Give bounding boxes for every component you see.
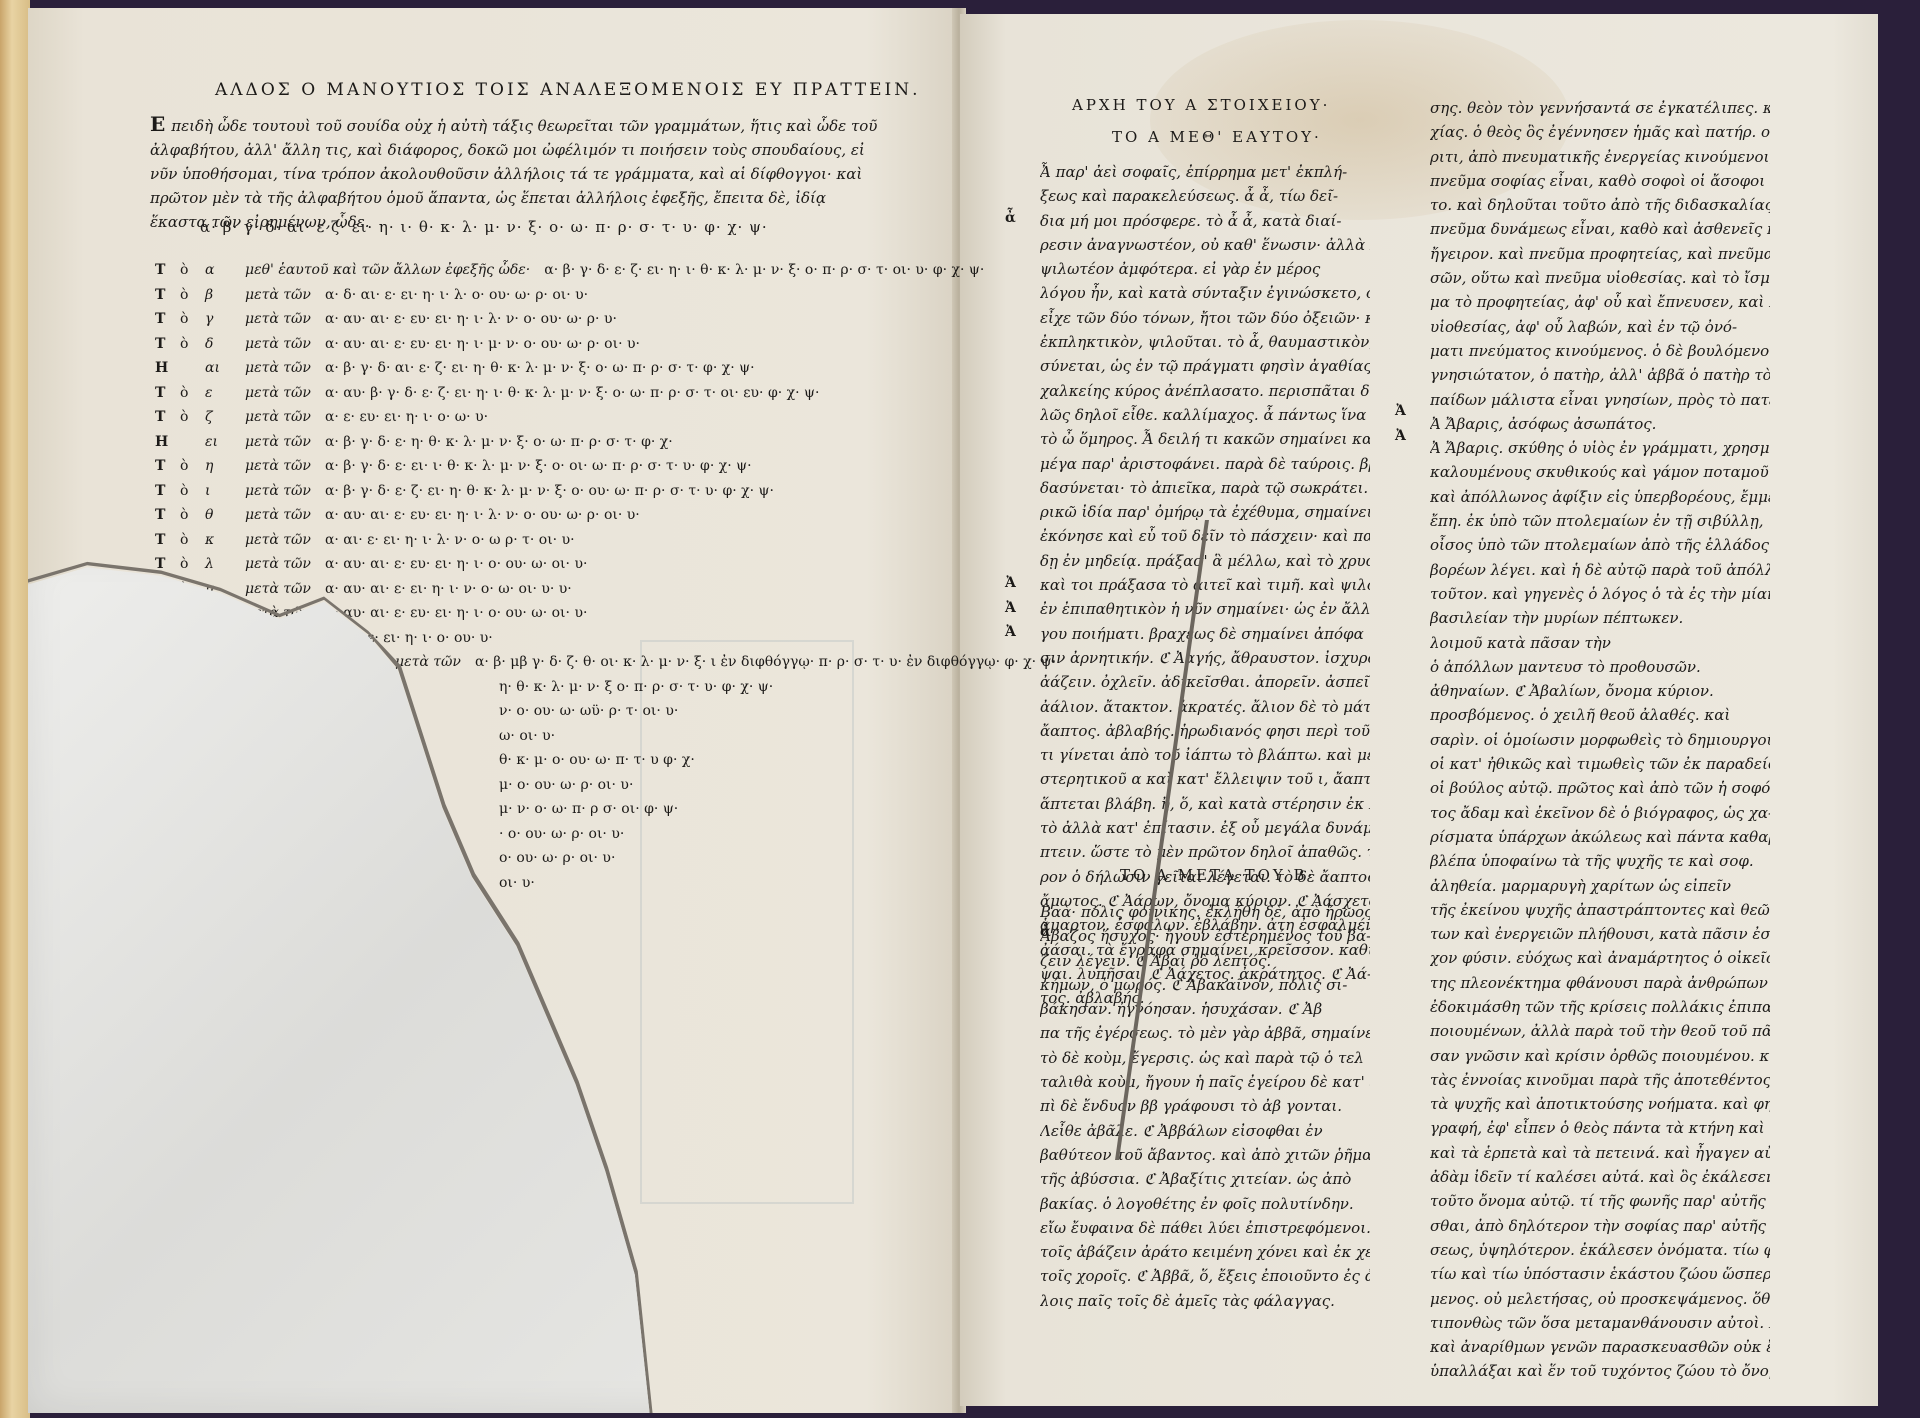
row-sequence: α· αυ· αι· ε· ευ· ει· η· ι· λ· ν· ο· ου·… (325, 307, 617, 332)
text-line: ταλιθὰ κοὺμ, ἤγουν ἡ παῖς ἐγείρου δὲ κατ… (1040, 1070, 1370, 1094)
text-line: χαλκείης κύρος ἀνέπλασατο. περισπᾶται δὲ… (1040, 379, 1370, 403)
row-letter: β (205, 283, 245, 308)
row-letter: η (205, 454, 245, 479)
row-lead: Τ (155, 479, 180, 504)
text-line: γου ποιήματι. βραχέως δὲ σημαίνει ἀπόφα (1040, 622, 1370, 646)
row-art (180, 356, 205, 381)
text-line: λῶς δηλοῖ εἶθε. καλλίμαχος. ἆ πάντως ἵνα… (1040, 403, 1370, 427)
subsection-heading: ΤΟ Α ΜΕΤΑ ΤΟΥ Β· (1120, 866, 1315, 884)
text-line: ξεως καὶ παρακελεύσεως. ἆ ἆ, τίω δεῖ- (1040, 184, 1370, 208)
letter-table-row: Τὸλμετὰ τῶνα· αυ· αι· ε· ευ· ει· η· ι· ο… (155, 552, 1056, 577)
letter-table-row: Τὸαμεθ' ἑαυτοῦ καὶ τῶν ἄλλων ἐφεξῆς ὧδε·… (155, 258, 1056, 283)
letter-table-row: Τὸεμετὰ τῶνα· αυ· β· γ· δ· ε· ζ· ει· η· … (155, 381, 1056, 406)
text-line: σιν ἀρνητικήν. ℭ Ἀαγής, ἄθραυστον. ἰσχυρ… (1040, 646, 1370, 670)
text-line: μενος. οὐ μελετήσας, οὐ προσκεψάμενος. ὅ… (1430, 1287, 1770, 1311)
text-line: λοις παῖς τοῖς δὲ ἀμεῖς τὰς φάλαγγας. (1040, 1289, 1370, 1313)
text-line: πα τῆς ἐγέρσεως. τὸ μὲν γὰρ ἀββᾶ, σημαίν… (1040, 1021, 1370, 1045)
text-line: ὑπαλλάξαι καὶ ἕν τοῦ τυχόντος ζώου τὸ ὄν… (1430, 1359, 1770, 1383)
row-sequence: α· αυ· β· γ· δ· ε· ζ· ει· η· ι· θ· κ· λ·… (325, 381, 820, 406)
text-line: σης. θεὸν τὸν γεννήσαντά σε ἐγκατέλιπες.… (1430, 96, 1770, 120)
text-line: Ἄβαζος ἥσυχος· ἤγουν ἐστερημένος τοῦ βά- (1040, 924, 1370, 948)
row-sequence: α· αυ· αι· ε· ει· η· ι· ν· ο· ω· οι· υ· … (325, 577, 572, 602)
row-letter: λ (205, 552, 245, 577)
row-letter: γ (205, 307, 245, 332)
text-line: στερητικοῦ α καὶ κατ' ἔλλειψιν τοῦ ι, ἄα… (1040, 767, 1370, 791)
row-letter: αι (205, 356, 245, 381)
row-sequence: α· αυ· αι· ε· ευ· ει· η· ι· ο· ου· ω· οι… (325, 552, 587, 577)
text-line: δῃ ἐν μηδείᾳ. πράξασ' ἃ μέλλω, καὶ τὸ χρ… (1040, 549, 1370, 573)
text-line: τοῦτον. καὶ γηγενὲς ὁ λόγος ὁ τὰ ἐς τὴν … (1430, 582, 1770, 606)
text-line: πτειν. ὥστε τὸ μὲν πρῶτον δηλοῖ ἀπαθῶς. … (1040, 840, 1370, 864)
row-phrase: μετὰ τῶν (245, 381, 311, 406)
text-line: τίω καὶ τίω ὑπόστασιν ἑκάστου ζώου ὥσπερ… (1430, 1262, 1770, 1286)
row-lead: Τ (155, 307, 180, 332)
text-line: της πλεονέκτημα φθάνουσι παρὰ ἀνθρώπων (1430, 971, 1770, 995)
letter-table-row: Τὸθμετὰ τῶνα· αυ· αι· ε· ευ· ει· η· ι· λ… (155, 503, 1056, 528)
row-letter (445, 724, 485, 749)
text-line: οἱ βούλος αὐτῷ. πρῶτος καὶ ἀπὸ τῶν ἡ σοφ… (1430, 776, 1770, 800)
row-phrase: μετὰ τῶν (245, 479, 311, 504)
row-letter: ζ (205, 405, 245, 430)
row-phrase: μετὰ τῶν (245, 552, 311, 577)
text-line: Ἀ Ἄβαρις. σκύθης ὁ υἱὸς ἐν γράμματι, χρη… (1430, 436, 1770, 460)
text-line: ρίσματα ὑπάρχων ἀκώλεως καὶ πάντα καθαρά… (1430, 825, 1770, 849)
row-lead: Τ (155, 454, 180, 479)
text-line: ἐν ἐπιπαθητικὸν ἡ νῦν σημαίνει· ὡς ἐν ἄλ… (1040, 597, 1370, 621)
row-sequence: α· β· γ· δ· ε· ει· ι· θ· κ· λ· μ· ν· ξ· … (325, 454, 752, 479)
row-lead: Η (155, 356, 180, 381)
row-lead: Τ (155, 528, 180, 553)
text-line: σαν γνῶσιν καὶ κρίσιν ὀρθῶς ποιουμένου. … (1430, 1044, 1770, 1068)
row-letter: κ (205, 528, 245, 553)
margin-mark: ἆ (1005, 210, 1016, 226)
alphabet-order-line: α· β· γ· δ· αι· ε ζ· ει· η· ι· θ· κ· λ· … (200, 218, 768, 236)
text-line: δασύνεται· τὸ ἀπιεῖκα, παρὰ τῷ σωκράτει.… (1040, 476, 1370, 500)
text-line: το. καὶ δηλοῦται τοῦτο ἀπὸ τῆς διδασκαλί… (1430, 193, 1770, 217)
preface-paragraph: Επειδὴ ὧδε τουτουὶ τοῦ σουίδα οὐχ ἡ αὐτὴ… (150, 112, 885, 234)
text-line: τιπονθὼς τῶν ὅσα μεταμανθάνουσιν αὐτοὶ. … (1430, 1311, 1770, 1335)
row-sequence: α· β· γ· δ· ε· η· θ· κ· λ· μ· ν· ξ· ο· ω… (325, 430, 673, 455)
right-column-2: σης. θεὸν τὸν γεννήσαντά σε ἐγκατέλιπες.… (1430, 96, 1770, 1384)
row-letter (445, 699, 485, 724)
row-lead: Τ (155, 405, 180, 430)
text-line: λόγου ἦν, καὶ κατὰ σύνταξιν ἐγινώσκετο, … (1040, 281, 1370, 305)
text-line: καὶ τοι πράξασα τὸ ἀιτεῖ καὶ τιμῆ. καὶ ψ… (1040, 573, 1370, 597)
text-line: τι γίνεται ἀπὸ τοῦ ἰάπτω τὸ βλάπτω. καὶ … (1040, 743, 1370, 767)
row-art: ὸ (180, 552, 205, 577)
text-line: ψιλωτέον ἀμφότερα. εἰ γὰρ ἐν μέρος (1040, 257, 1370, 281)
row-art: ὸ (180, 258, 205, 283)
text-line: δια μή μοι πρόσφερε. τὸ ἆ ἆ, κατὰ διαί- (1040, 209, 1370, 233)
row-sequence: · ο· ου· ω· ρ· οι· υ· (499, 822, 624, 847)
letter-table-row: Ηειμετὰ τῶνα· β· γ· δ· ε· η· θ· κ· λ· μ·… (155, 430, 1056, 455)
text-line: γνησιώτατον, ὁ πατὴρ, ἀλλ' ἀββᾶ ὁ πατὴρ … (1430, 363, 1770, 387)
row-art: ὸ (180, 503, 205, 528)
row-phrase: μετὰ τῶν (245, 356, 311, 381)
text-line: προσβόμενος. ὁ χειλῆ θεοῦ ἀλαθές. καὶ (1430, 703, 1770, 727)
row-sequence: α· αυ· αι· ε· ευ· ει· η· ι· μ· ν· ο· ου·… (325, 332, 640, 357)
row-art: ὸ (180, 381, 205, 406)
row-sequence: α· ε· ευ· ει· η· ι· ο· ω· υ· (325, 405, 488, 430)
text-line: βαθύτεον τοῦ ἄβαντος. καὶ ἀπὸ χιτῶν ῥῆμα (1040, 1143, 1370, 1167)
text-line: πὶ δὲ ἔνδυον ββ γράφουσι τὸ ἀβ γονται. (1040, 1094, 1370, 1118)
row-sequence: η· θ· κ· λ· μ· ν· ξ ο· π· ρ· σ· τ· υ· φ·… (499, 675, 773, 700)
text-line: ἀδὰμ ἰδεῖν τί καλέσει αὐτά. καὶ ὃς ἐκάλε… (1430, 1165, 1770, 1189)
text-line: κήμων, ὁ μωρός. ℭ Ἀβακαῖνον, πόλις σι- (1040, 973, 1370, 997)
margin-mark: Ἀ (1005, 575, 1016, 591)
row-letter (445, 675, 485, 700)
text-line: ἀληθεία. μαρμαρυγὴ χαρίτων ὡς εἰπεῖν (1430, 874, 1770, 898)
row-letter (445, 748, 485, 773)
row-lead: Τ (155, 381, 180, 406)
row-art: ὸ (180, 479, 205, 504)
text-line: υἱοθεσίας, ἀφ' οὗ λαβών, καὶ ἐν τῷ ὀνό- (1430, 315, 1770, 339)
text-line: βορέων λέγει. καὶ ἡ δὲ αὐτῷ παρὰ τοῦ ἀπό… (1430, 558, 1770, 582)
text-line: τὸ ὦ ὅμηρος. Ἆ δειλή τι κακῶν σημαίνει κ… (1040, 427, 1370, 451)
row-art (420, 699, 445, 724)
text-line: τῆς ἐκείνου ψυχῆς ἀπαστράπτοντες καὶ θεῶ… (1430, 898, 1770, 922)
row-letter: θ (205, 503, 245, 528)
book-binding-left (0, 0, 30, 1418)
text-line: παίδων μάλιστα εἶναι γνησίων, πρὸς τὸ πα… (1430, 388, 1770, 412)
row-art: ὸ (180, 332, 205, 357)
margin-mark: Ἀ (1395, 428, 1406, 444)
text-line: ματι πνεύματος κινούμενος. ὁ δὲ βουλόμεν… (1430, 339, 1770, 363)
margin-mark: Ἀ (1005, 624, 1016, 640)
text-line: ἤγειρον. καὶ πνεῦμα προφητείας, καὶ πνεῦ… (1430, 242, 1770, 266)
row-sequence: α· β· γ· δ· ε· ζ· ει· η· θ· κ· λ· μ· ν· … (325, 479, 774, 504)
row-letter: ει (205, 430, 245, 455)
text-line: καλουμένους σκυθικούς καὶ γάμον ποταμοῦ.… (1430, 460, 1770, 484)
row-sequence: α· αυ· αι· ε· ευ· ει· η· ι· ο· ου· ω· οι… (325, 601, 587, 626)
text-line: ἀθηναίων. ℭ Ἀβαλίων, ὄνομα κύριον. (1430, 679, 1770, 703)
text-line: ἐκπληκτικὸν, ψιλοῦται. τὸ ἆ, θαυμαστικὸν… (1040, 330, 1370, 354)
text-line: ἐδοκιμάσθη τῶν τῆς κρίσεις πολλάκις ἐπιπ… (1430, 995, 1770, 1019)
text-line: τὸ δὲ κοὺμ, ἔγερσις. ὡς καὶ παρὰ τῷ ὁ τε… (1040, 1046, 1370, 1070)
row-sequence: θ· κ· μ· ο· ου· ω· π· τ· υ φ· χ· (499, 748, 695, 773)
row-sequence: μ· ν· ο· ω· π· ρ σ· οι· φ· ψ· (499, 797, 678, 822)
text-line: βασιλείαν τὴν μυρίων πέπτωκεν. (1430, 606, 1770, 630)
text-line: γραφή, ἐφ' εἶπεν ὁ θεὸς πάντα τὰ κτήνη κ… (1430, 1116, 1770, 1140)
text-line: βάκησαν. ἠγνόησαν. ἡσυχάσαν. ℭ Ἀβ (1040, 997, 1370, 1021)
letter-table-row: Τὸμμετὰ τῶνα· αυ· αι· ε· ει· η· ι· ν· ο·… (155, 577, 1056, 602)
text-line: των καὶ ἐνεργειῶν πλήθουσι, κατὰ πᾶσιν ἐ… (1430, 922, 1770, 946)
text-line: ἀάλιον. ἄτακτον. ἀκρατές. ἄλιον δὲ τὸ μά… (1040, 695, 1370, 719)
text-line: χίας. ὁ θεὸς ὃς ἐγέννησεν ἡμᾶς καὶ πατήρ… (1430, 120, 1770, 144)
row-phrase: μετὰ τῶν (245, 454, 311, 479)
text-line: καὶ τὰ ἑρπετὰ καὶ τὰ πετεινά. καὶ ἦγαγεν… (1430, 1141, 1770, 1165)
text-line: τος ἄδαμ καὶ ἐκεῖνον δὲ ὁ βιόγραφος, ὡς … (1430, 801, 1770, 825)
row-art: ὸ (180, 283, 205, 308)
text-line: μα τὸ προφητείας, ἀφ' οὗ καὶ ἔπνευσεν, κ… (1430, 290, 1770, 314)
text-line: σθαι, ἀπὸ δηλότερον τὴν σοφίας παρ' αὐτῆ… (1430, 1214, 1770, 1238)
row-letter: ι (205, 479, 245, 504)
letter-table-row: Τὸδμετὰ τῶνα· αυ· αι· ε· ευ· ει· η· ι· μ… (155, 332, 1056, 357)
row-phrase: μετὰ τῶν (245, 283, 311, 308)
text-line: Λεἶθε ἀβᾶλε. ℭ Ἀββάλων εἰσοφθαι ἐν (1040, 1119, 1370, 1143)
row-phrase: μετὰ τῶν (245, 430, 311, 455)
text-line: σύνεται, ὡς ἐν τῷ πράγματι φησὶν ἀγαθίας… (1040, 354, 1370, 378)
row-sequence: ν· ο· ου· ω· ωϋ· ρ· τ· οι· υ· (499, 699, 678, 724)
text-line: ρεσιν ἀναγνωστέον, οὐ καθ' ἕνωσιν· ἀλλὰ … (1040, 233, 1370, 257)
text-line: εἴω ἔυφαινα δὲ πάθει λύει ἐπιστρεφόμενοι… (1040, 1216, 1370, 1240)
row-sequence: α· β· γ· δ· ε· ζ· ει· η· ι· θ· κ· λ· μ· … (544, 258, 984, 283)
row-art (180, 430, 205, 455)
text-line: ἔπη. ἐκ ὑπὸ τῶν πτολεμαίων ἐν τῇ σιβύλλῃ… (1430, 509, 1770, 533)
letter-table-row: Τὸγμετὰ τῶνα· αυ· αι· ε· ευ· ει· η· ι· λ… (155, 307, 1056, 332)
row-art: ὸ (180, 405, 205, 430)
row-lead: Η (155, 430, 180, 455)
drop-initial: Ε (150, 112, 165, 136)
subsection-heading: ΤΟ Α ΜΕΘ' ΕΑΥΤΟΥ· (1112, 128, 1322, 146)
row-sequence: μ· ο· ου· ω· ρ· οι· υ· (499, 773, 633, 798)
row-phrase: μετὰ τῶν (395, 650, 461, 675)
row-letter (445, 773, 485, 798)
row-sequence: α· δ· αι· ε· ει· η· ι· λ· ο· ου· ω· ρ· ο… (325, 283, 588, 308)
letter-table-row: Τὸιμετὰ τῶνα· β· γ· δ· ε· ζ· ει· η· θ· κ… (155, 479, 1056, 504)
text-line: τὰ ψυχῆς καὶ ἀποτικτούσης νοήματα. καὶ φ… (1430, 1092, 1770, 1116)
text-line: τοῖς χοροῖς. ℭ Ἀββᾶ, ὅ, ἔξεις ἐποιοῦντο … (1040, 1264, 1370, 1288)
text-line: Ἀ Ἄβαρις, ἀσόφως ἀσωπάτος. (1430, 412, 1770, 436)
text-line: τοῖς ἀβάζειν ἀράτο κειμένη χόνει καὶ ἐκ … (1040, 1240, 1370, 1264)
row-letter: δ (205, 332, 245, 357)
row-art: ὸ (180, 307, 205, 332)
preface-text: πειδὴ ὧδε τουτουὶ τοῦ σουίδα οὐχ ἡ αὐτὴ … (150, 117, 877, 231)
margin-mark: ἆ (1040, 924, 1051, 940)
row-phrase: μετὰ τῶν (245, 577, 311, 602)
row-phrase: μετὰ τῶν (245, 528, 311, 553)
text-line: οἱ κατ' ἠθικῶς καὶ τιμωθεὶς τῶν ἐκ παραδ… (1430, 752, 1770, 776)
row-sequence: α· β· γ· δ· αι· ε· ζ· ει· η· θ· κ· λ· μ·… (325, 356, 755, 381)
right-column-1-continued: Βαὰ· πόλις φοινίκης. ἐκλήθη δὲ, ἀπὸ ἥρωο… (1040, 900, 1370, 1313)
letter-table-row: Τὸημετὰ τῶνα· β· γ· δ· ε· ει· ι· θ· κ· λ… (155, 454, 1056, 479)
text-line: εἶχε τῶν δύο τόνων, ἤτοι τῶν δύο ὀξειῶν·… (1040, 306, 1370, 330)
row-sequence: α· β· μβ γ· δ· ζ· θ· οι· κ· λ· μ· ν· ξ· … (475, 650, 1056, 675)
row-lead: Τ (155, 332, 180, 357)
row-art (420, 675, 445, 700)
row-lead: Τ (155, 503, 180, 528)
text-line: ἀάζειν. ὀχλεῖν. ἀδικεῖσθαι. ἀπορεῖν. ἀσπ… (1040, 670, 1370, 694)
row-phrase: μεθ' ἑαυτοῦ καὶ τῶν ἄλλων ἐφεξῆς ὧδε· (245, 258, 530, 283)
text-line: ἄαπτος. ἀβλαβής. ἡρωδιανός φησι περὶ τοῦ… (1040, 719, 1370, 743)
letter-table-row: Τὸκμετὰ τῶνα· αι· ε· ει· η· ι· λ· ν· ο· … (155, 528, 1056, 553)
margin-mark: Ἀ (1395, 403, 1406, 419)
text-line: ζειν λέγειν. ℭ Ἀβαὶ ῥὸ λεπτός. (1040, 949, 1370, 973)
row-lead: Τ (155, 258, 180, 283)
row-phrase: μετὰ τῶν (245, 307, 311, 332)
text-line: πνεῦμα σοφίας εἶναι, καθὸ σοφοὶ οἱ ἄσοφο… (1430, 169, 1770, 193)
row-phrase: μετὰ τῶν (245, 332, 311, 357)
text-line: οἶσος ὑπὸ τῶν πτολεμαίων ἀπὸ τῆς ἑλλάδος… (1430, 533, 1770, 557)
letter-table-row: Ηαιμετὰ τῶνα· β· γ· δ· αι· ε· ζ· ει· η· … (155, 356, 1056, 381)
text-line: τῆς ἀβύσσια. ℭ Ἀβαξίτις χιτείαν. ὡς ἀπὸ (1040, 1167, 1370, 1191)
text-line: καὶ ἀναρίθμων γενῶν παρασκευασθῶν οὐκ ἔχ… (1430, 1335, 1770, 1359)
row-sequence: ο· ου· ω· ρ· οι· υ· (499, 846, 615, 871)
text-line: Βαὰ· πόλις φοινίκης. ἐκλήθη δὲ, ἀπὸ ἥρωο… (1040, 900, 1370, 924)
text-line: πνεῦμα δυνάμεως εἶναι, καθὸ καὶ ἀσθενεῖς… (1430, 217, 1770, 241)
text-line: μέγα παρ' ἀριστοφάνει. παρὰ δὲ ταύροις. … (1040, 452, 1370, 476)
text-line: ριτι, ἀπὸ πνευματικῆς ἐνεργείας κινούμεν… (1430, 145, 1770, 169)
text-line: βλέπα ὑποφαίνω τὰ τῆς ψυχῆς τε καὶ σοφ. (1430, 849, 1770, 873)
text-line: χον φύσιν. εὐόχως καὶ ἀναμάρτητος ὁ οἰκε… (1430, 946, 1770, 970)
row-sequence: α· αι· ε· ει· η· ι· λ· ν· ο· ω ρ· τ· οι·… (325, 528, 575, 553)
text-line: ὁ ἀπόλλων μαντευσ τὸ προθουσῶν. (1430, 655, 1770, 679)
row-letter: ε (205, 381, 245, 406)
section-heading: ΑΡΧΗ ΤΟΥ Α ΣΤΟΙΧΕΙΟΥ· (1072, 96, 1330, 114)
left-page-title: ΑΛΔΟΣ Ο ΜΑΝΟΥΤΙΟΣ ΤΟΙΣ ΑΝΑΛΕΞΟΜΕΝΟΙΣ ΕΥ … (215, 80, 921, 100)
row-phrase: μετὰ τῶν (245, 503, 311, 528)
row-sequence: ω· οι· υ· (499, 724, 555, 749)
text-line: τοῦτο ὄνομα αὐτῷ. τί τῆς φωνῆς παρ' αὐτῆ… (1430, 1189, 1770, 1213)
row-sequence: οι· υ· (499, 871, 535, 896)
row-letter: α (205, 258, 245, 283)
text-line: βακίας. ὁ λογοθέτης ἐν φοῖς πολυτίνδην. (1040, 1192, 1370, 1216)
text-line: τὰς ἐννοίας κινοῦμαι παρὰ τῆς ἀποτεθέντο… (1430, 1068, 1770, 1092)
letter-table-row: Τὸβμετὰ τῶνα· δ· αι· ε· ει· η· ι· λ· ο· … (155, 283, 1056, 308)
row-art: ὸ (180, 528, 205, 553)
text-line: καὶ ἀπόλλωνος ἀφίξιν εἰς ὑπερβορέους, ἔμ… (1430, 485, 1770, 509)
text-line: Ἆ παρ' ἀεὶ σοφαῖς, ἐπίρρημα μετ' ἐκπλή- (1040, 160, 1370, 184)
row-lead: Τ (155, 283, 180, 308)
text-line: λοιμοῦ κατὰ πᾶσαν τὴν (1430, 631, 1770, 655)
text-line: ἅπτεται βλάβη. ἢ, ὅ, καὶ κατὰ στέρησιν ἐ… (1040, 792, 1370, 816)
row-phrase: μετὰ τῶν (245, 405, 311, 430)
text-line: σῶν, οὕτω καὶ πνεῦμα υἱοθεσίας. καὶ τὸ ἴ… (1430, 266, 1770, 290)
row-sequence: α· αυ· αι· ε· ευ· ει· η· ι· λ· ν· ο· ου·… (325, 503, 640, 528)
margin-mark: Ἀ (1005, 600, 1016, 616)
letter-table-row: Τὸζμετὰ τῶνα· ε· ευ· ει· η· ι· ο· ω· υ· (155, 405, 1056, 430)
text-line: τὸ ἀλλὰ κατ' ἐπίτασιν. ἐξ οὗ μεγάλα δυνά… (1040, 816, 1370, 840)
text-line: σαρὶν. οἱ ὁμοίωσιν μορφωθεὶς τὸ δημιουργ… (1430, 728, 1770, 752)
text-line: ποιουμένων, ἀλλὰ παρὰ τοῦ τὴν θεοῦ τοῦ π… (1430, 1019, 1770, 1043)
row-art: ὸ (180, 454, 205, 479)
text-line: σεως, ὑψηλότερον. ἐκάλεσεν ὀνόματα. τίω … (1430, 1238, 1770, 1262)
